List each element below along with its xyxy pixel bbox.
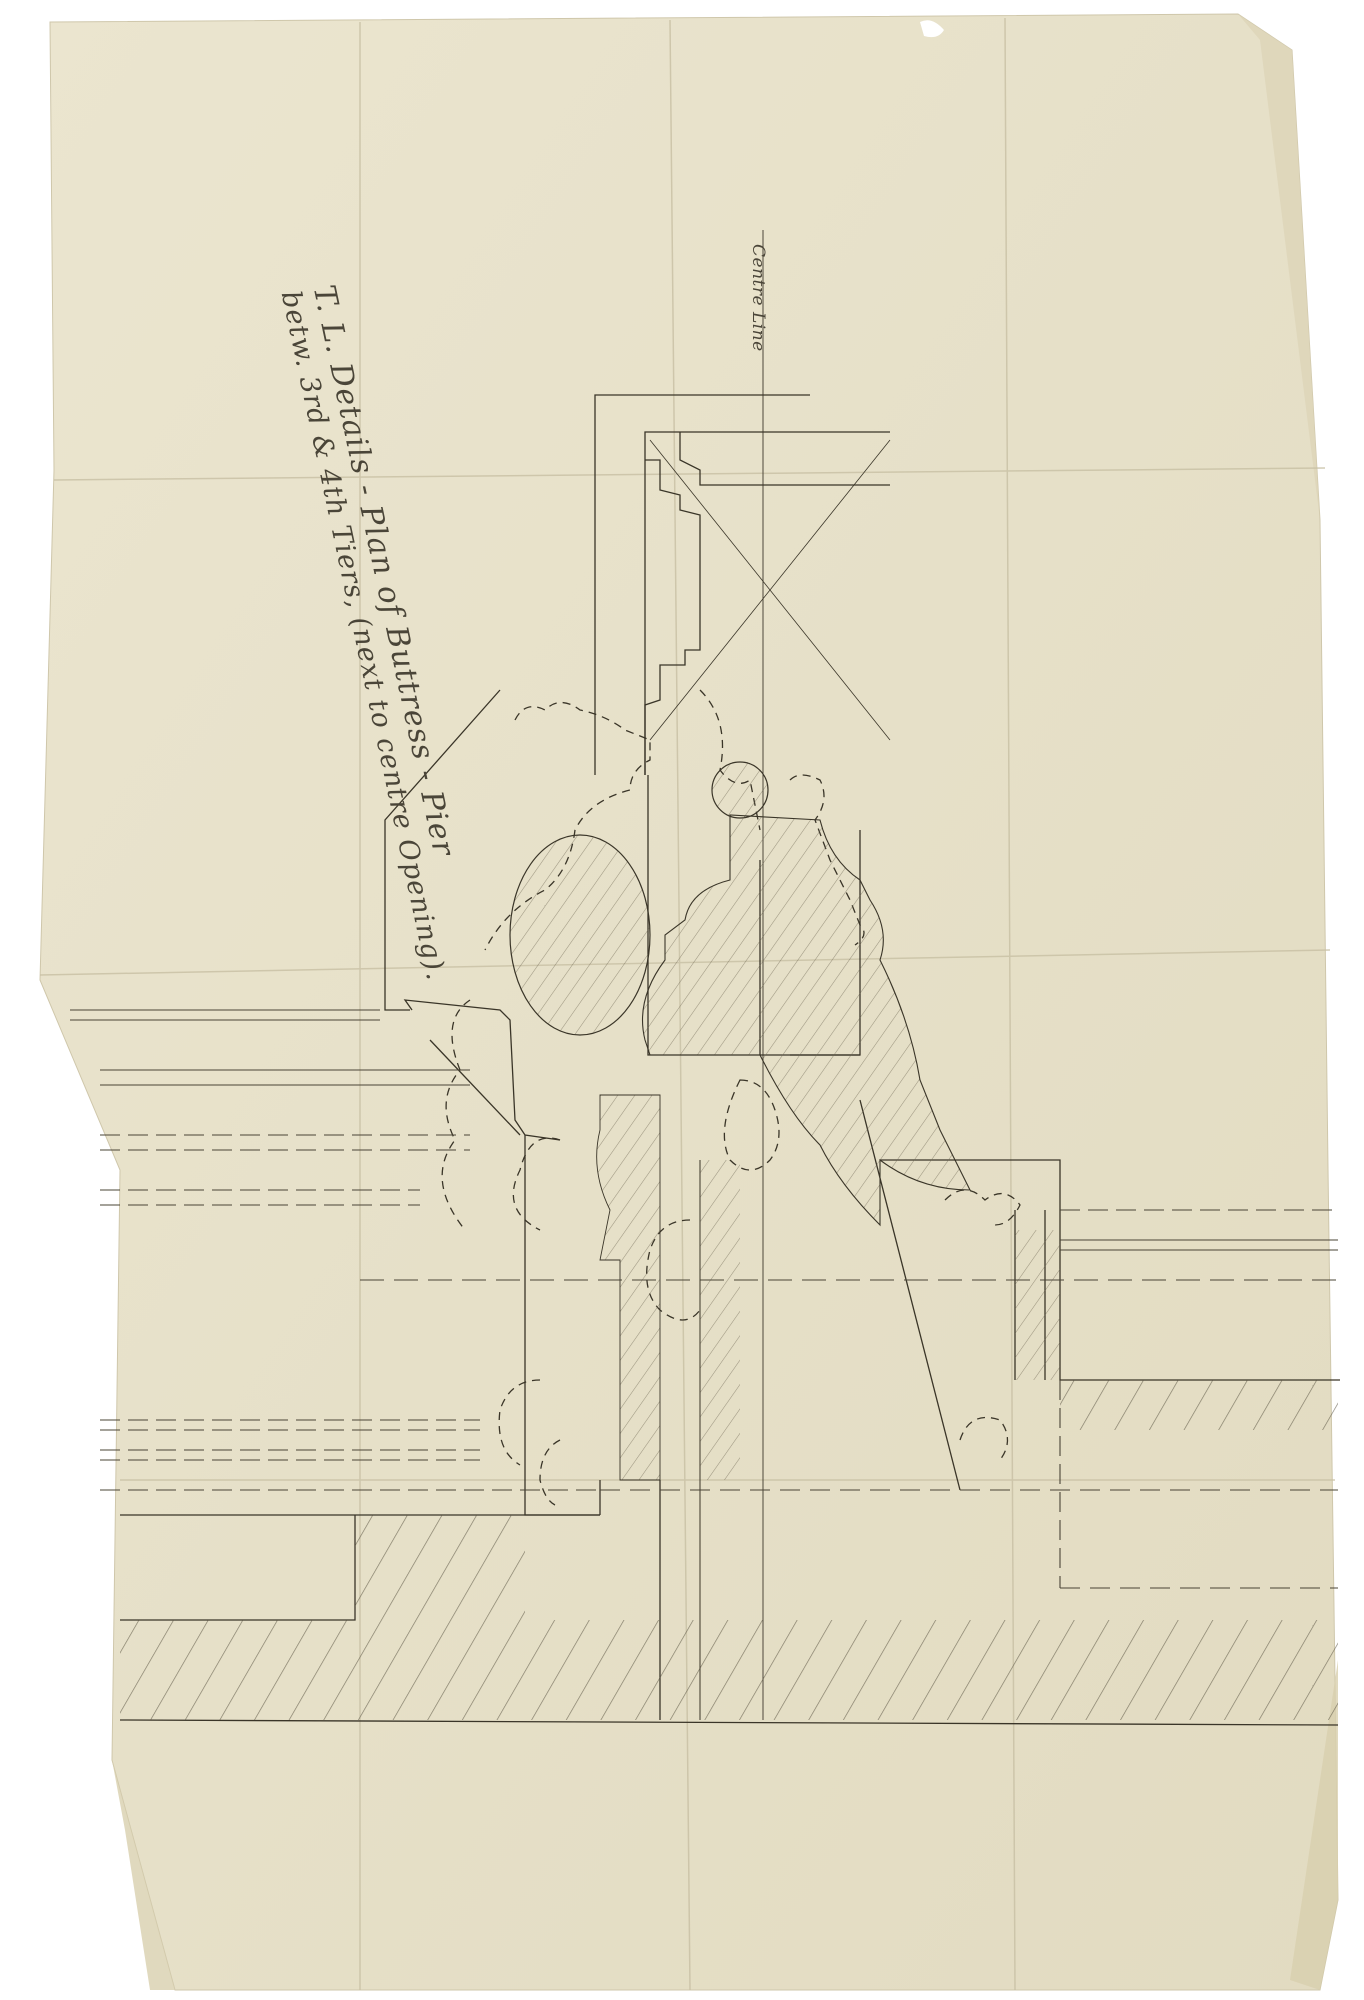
centre-line-label: Centre Line — [748, 244, 768, 352]
drawing-sheet — [0, 0, 1364, 2000]
